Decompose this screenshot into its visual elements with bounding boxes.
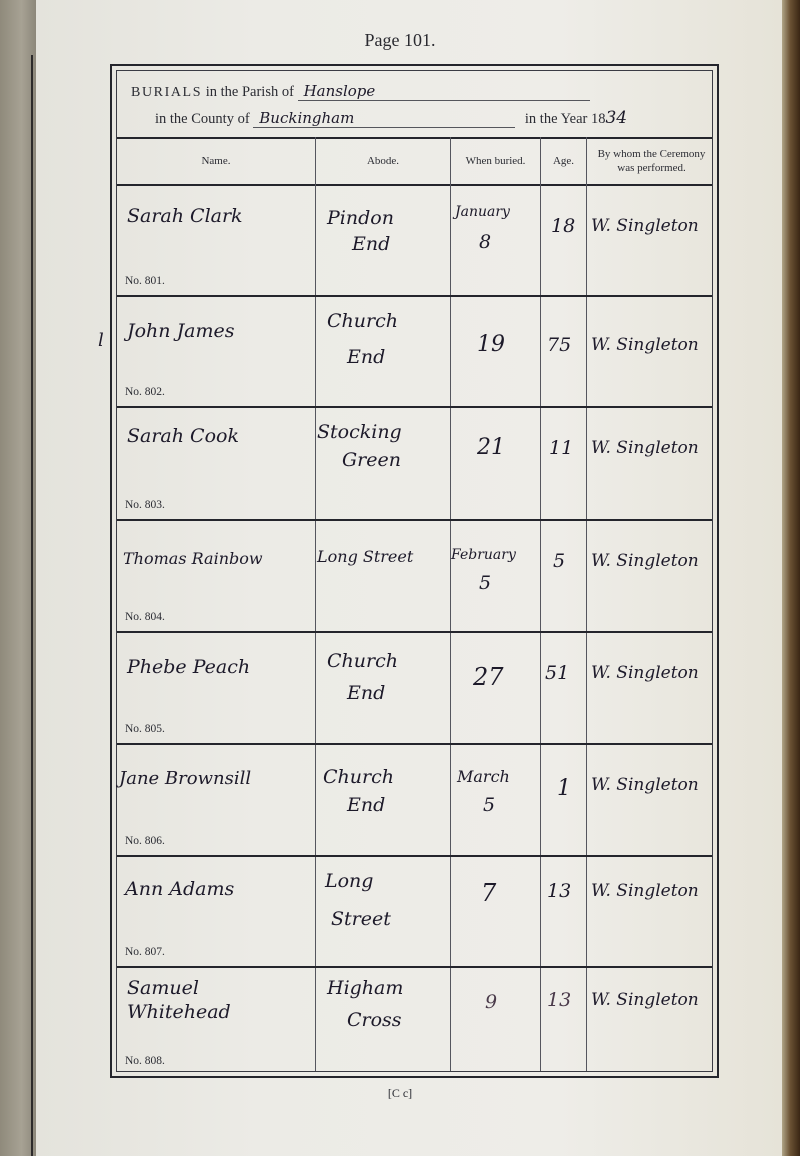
- table-row: Sarah Cook No. 803. Stocking Green 21 11…: [117, 406, 712, 521]
- entry-name: Ann Adams: [125, 877, 234, 901]
- entry-abode-line1: Church: [327, 649, 398, 673]
- entry-name: Jane Brownsill: [119, 767, 251, 791]
- entry-number: No. 805.: [125, 723, 165, 735]
- entry-officiant: W. Singleton: [591, 988, 699, 1012]
- entry-age: 5: [553, 549, 565, 573]
- entry-abode-line1: Pindon: [327, 206, 394, 230]
- entry-number: No. 802.: [125, 386, 165, 398]
- entry-day: 5: [483, 793, 495, 817]
- table-row: John James No. 802. Church End 19 75 W. …: [117, 295, 712, 408]
- table-row: Thomas Rainbow No. 804. Long Street Febr…: [117, 519, 712, 633]
- register-inner-frame: BURIALS in the Parish of Hanslope in the…: [116, 70, 713, 1072]
- column-header-abode: Abode.: [316, 137, 450, 184]
- entry-day: 5: [479, 571, 491, 595]
- entry-month: February: [451, 543, 516, 567]
- column-header-age: Age.: [541, 137, 586, 184]
- margin-mark: l: [98, 330, 104, 351]
- entry-age: 1: [557, 777, 571, 801]
- entry-age: 13: [547, 988, 571, 1012]
- title-line-parish: BURIALS in the Parish of Hanslope: [131, 82, 590, 101]
- column-header-row: Name. Abode. When buried. Age. By whom t…: [117, 137, 712, 186]
- entry-abode-line2: End: [347, 345, 385, 369]
- entry-number: No. 801.: [125, 275, 165, 287]
- sheet-signature: [C c]: [0, 1086, 800, 1101]
- entry-month: January: [455, 200, 510, 224]
- table-row: Sarah Clark No. 801. Pindon End January …: [117, 184, 712, 297]
- entry-abode-line2: End: [347, 681, 385, 705]
- entry-age: 13: [547, 879, 571, 903]
- entry-day: 19: [477, 333, 505, 357]
- entry-name: Sarah Cook: [127, 424, 239, 448]
- entry-age: 75: [547, 333, 571, 357]
- entry-day: 21: [477, 436, 505, 460]
- entry-name: Thomas Rainbow: [123, 547, 263, 571]
- burial-register-table: BURIALS in the Parish of Hanslope in the…: [110, 64, 719, 1078]
- entry-number: No. 803.: [125, 499, 165, 511]
- year-printed: 18: [591, 111, 606, 127]
- entry-officiant: W. Singleton: [591, 549, 699, 573]
- entry-abode-line2: Green: [342, 448, 401, 472]
- entry-number: No. 808.: [125, 1055, 165, 1067]
- entry-number: No. 806.: [125, 835, 165, 847]
- parish-field: Hanslope: [298, 82, 590, 101]
- entry-officiant: W. Singleton: [591, 661, 699, 685]
- county-field: Buckingham: [253, 109, 515, 128]
- register-title-block: BURIALS in the Parish of Hanslope in the…: [117, 71, 712, 139]
- title-line-county: in the County of Buckingham in the Year …: [155, 108, 627, 128]
- entry-abode-line1: Church: [327, 309, 398, 333]
- entry-name: Samuel Whitehead: [127, 976, 307, 1024]
- page-number: Page 101.: [0, 30, 800, 51]
- entry-officiant: W. Singleton: [591, 436, 699, 460]
- entry-month: March: [457, 765, 510, 789]
- column-header-when-buried: When buried.: [451, 137, 540, 184]
- entry-age: 18: [551, 214, 575, 238]
- entry-day: 9: [485, 990, 497, 1014]
- column-header-name: Name.: [117, 137, 315, 184]
- entry-abode-line2: Street: [331, 907, 391, 931]
- parish-label: in the Parish of: [206, 84, 294, 100]
- entry-officiant: W. Singleton: [591, 333, 699, 357]
- entry-abode-line1: Higham: [327, 976, 403, 1000]
- entry-abode-line1: Long Street: [317, 545, 413, 569]
- book-right-edge: [782, 0, 800, 1156]
- entry-name: Sarah Clark: [127, 204, 243, 228]
- gutter-line: [31, 55, 33, 1156]
- entry-abode-line2: Cross: [347, 1008, 402, 1032]
- entry-abode-line1: Long: [325, 869, 373, 893]
- table-row: Ann Adams No. 807. Long Street 7 13 W. S…: [117, 855, 712, 968]
- entry-abode-line1: Stocking: [317, 420, 402, 444]
- entry-abode-line1: Church: [323, 765, 394, 789]
- entry-day: 7: [481, 881, 496, 905]
- entry-officiant: W. Singleton: [591, 879, 699, 903]
- entry-officiant: W. Singleton: [591, 214, 699, 238]
- entry-number: No. 804.: [125, 611, 165, 623]
- entry-abode-line2: End: [352, 232, 390, 256]
- entry-name: Phebe Peach: [127, 655, 250, 679]
- year-handwritten: 34: [605, 108, 627, 128]
- entry-age: 11: [549, 436, 573, 460]
- entry-age: 51: [545, 661, 569, 685]
- table-row: Jane Brownsill No. 806. Church End March…: [117, 743, 712, 857]
- entry-officiant: W. Singleton: [591, 773, 699, 797]
- entry-abode-line2: End: [347, 793, 385, 817]
- entry-day: 27: [473, 665, 504, 689]
- entry-number: No. 807.: [125, 946, 165, 958]
- burials-heading: BURIALS: [131, 85, 202, 100]
- county-label: in the County of: [155, 111, 250, 127]
- table-row: Phebe Peach No. 805. Church End 27 51 W.…: [117, 631, 712, 745]
- year-label: in the Year: [525, 111, 591, 127]
- column-header-officiant: By whom the Ceremony was performed.: [587, 137, 716, 184]
- table-row: Samuel Whitehead No. 808. Higham Cross 9…: [117, 966, 712, 1075]
- entry-day: 8: [479, 230, 491, 254]
- entry-name: John James: [127, 319, 235, 343]
